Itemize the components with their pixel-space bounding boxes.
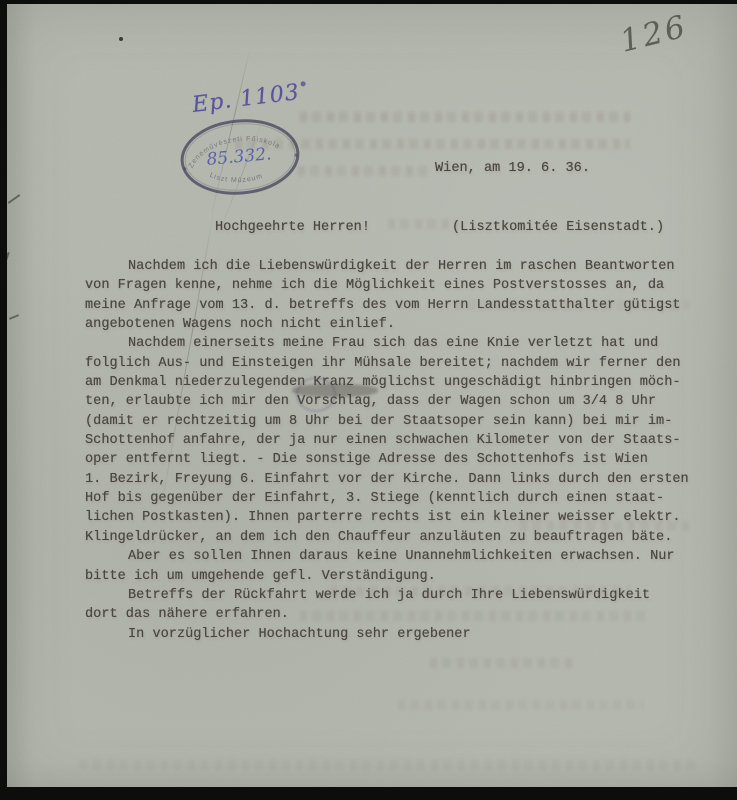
letter-line: dort das nähere erfahren. (85, 605, 689, 624)
ink-speck (119, 37, 123, 41)
letter-line: Betreffs der Rückfahrt werde ich ja durc… (85, 586, 689, 605)
margin-mark (9, 314, 19, 320)
letter-line: Nachdem ich die Liebenswürdigkeit der He… (85, 257, 689, 276)
letter-line: In vorzüglicher Hochachtung sehr ergeben… (85, 625, 689, 644)
letter-line: Nachdem einerseits meine Frau sich das e… (85, 334, 689, 353)
stamp-number: 85.332. (206, 144, 272, 170)
scan-border-bottom (0, 787, 737, 800)
letter-line: (damit er rechtzeitig um 8 Uhr bei der S… (85, 412, 689, 431)
letter-line: ten, erlaubte ich mir den Vorschlag, das… (85, 392, 689, 411)
bleed-through-smudge (300, 112, 630, 122)
bleed-through-smudge (388, 219, 458, 229)
letter-line: Aber es sollen Ihnen daraus keine Unanne… (85, 547, 689, 566)
museum-stamp: Zeneművészeti Főiskola 85.332. Liszt Múz… (174, 111, 307, 204)
letter-line: oper entfernt liegt. - Die sonstige Adre… (85, 450, 689, 469)
letter-line: Hof bis gegenüber der Einfahrt, 3. Stieg… (85, 489, 689, 508)
letter-line: von Fragen kenne, nehme ich die Möglichk… (85, 276, 689, 295)
typewriter-overstrike-smudge (292, 384, 378, 397)
bleed-through-smudge (80, 760, 700, 770)
bleed-through-smudge (430, 658, 575, 668)
svg-text:Liszt Múzeum: Liszt Múzeum (208, 167, 264, 187)
ink-dot (300, 81, 306, 87)
stamp-bottom-text: Liszt Múzeum (208, 167, 264, 187)
margin-mark (8, 194, 21, 204)
letter-line: Klingeldrücker, an dem ich den Chauffeur… (85, 528, 689, 547)
letter-line: Schottenhof anfahre, der ja nur einen sc… (85, 431, 689, 450)
letter-line: 1. Bezirk, Freyung 6. Einfahrt vor der K… (85, 470, 689, 489)
letter-line: folglich Aus- und Einsteigen ihr Mühsale… (85, 354, 689, 373)
letter-body: Nachdem ich die Liebenswürdigkeit der He… (85, 257, 689, 644)
bleed-through-smudge (398, 700, 643, 710)
letter-line: meine Anfrage vom 13. d. betreffs des vo… (85, 296, 689, 315)
letter-addressee-note: (Lisztkomitée Eisenstadt.) (452, 220, 664, 235)
letter-line: am Denkmal niederzulegenden Kranz möglic… (85, 373, 689, 392)
letter-line: lichen Postkasten). Ihnen parterre recht… (85, 508, 689, 527)
scanned-letter-page: 126 Ep. 1103 Zeneművészeti Főiskola 85.3… (0, 0, 737, 800)
bleed-through-smudge (298, 166, 430, 176)
letter-line: angebotenen Wagens noch nicht einlief. (85, 315, 689, 334)
letter-line: bitte ich um umgehende gefl. Verständigu… (85, 567, 689, 586)
letter-dateline: Wien, am 19. 6. 36. (435, 161, 590, 176)
scan-border-top (0, 0, 737, 4)
letter-salutation: Hochgeehrte Herren! (215, 220, 370, 235)
scan-border-left (0, 0, 7, 800)
archive-page-number: 126 (617, 8, 692, 59)
